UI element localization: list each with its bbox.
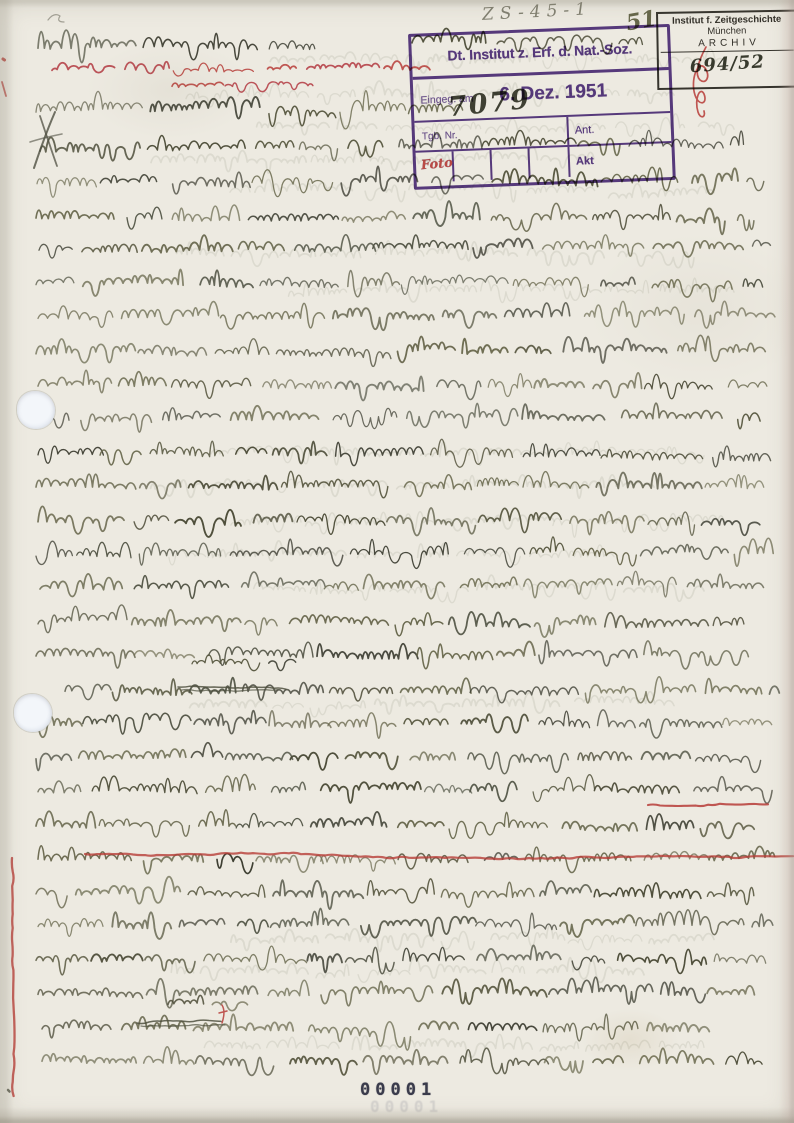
red-annotation-layer xyxy=(2,47,793,1096)
archive-stamp: Institut f. Zeitgeschichte München ARCHI… xyxy=(656,10,794,90)
pencil-marks xyxy=(8,15,64,1092)
receipt-stamp-title: Dt. Institut z. Erf. d. Nat.-Soz. xyxy=(447,40,632,63)
document-scan: ZS-45-1 51 Dt. Institut z. Erf. d. Nat.-… xyxy=(0,0,794,1123)
reply-label: Ant. xyxy=(575,124,595,137)
stamp-divider xyxy=(566,117,569,145)
stamp-divider xyxy=(527,148,530,178)
hole-punch-bottom xyxy=(14,694,52,732)
page-number-stamp: 00001 xyxy=(360,1080,436,1100)
journal-label: Tgb. Nr. xyxy=(422,130,458,142)
stamp-divider xyxy=(490,150,493,180)
foto-note: Foto xyxy=(420,156,453,174)
hole-punch-top xyxy=(17,391,55,429)
archive-stamp-archiv: ARCHIV xyxy=(658,37,794,50)
stamp-divider xyxy=(567,147,570,177)
handwriting-lines xyxy=(36,28,779,1075)
shelfmark-handwritten: 694/52 xyxy=(658,49,794,80)
file-label: Akt xyxy=(576,155,594,168)
